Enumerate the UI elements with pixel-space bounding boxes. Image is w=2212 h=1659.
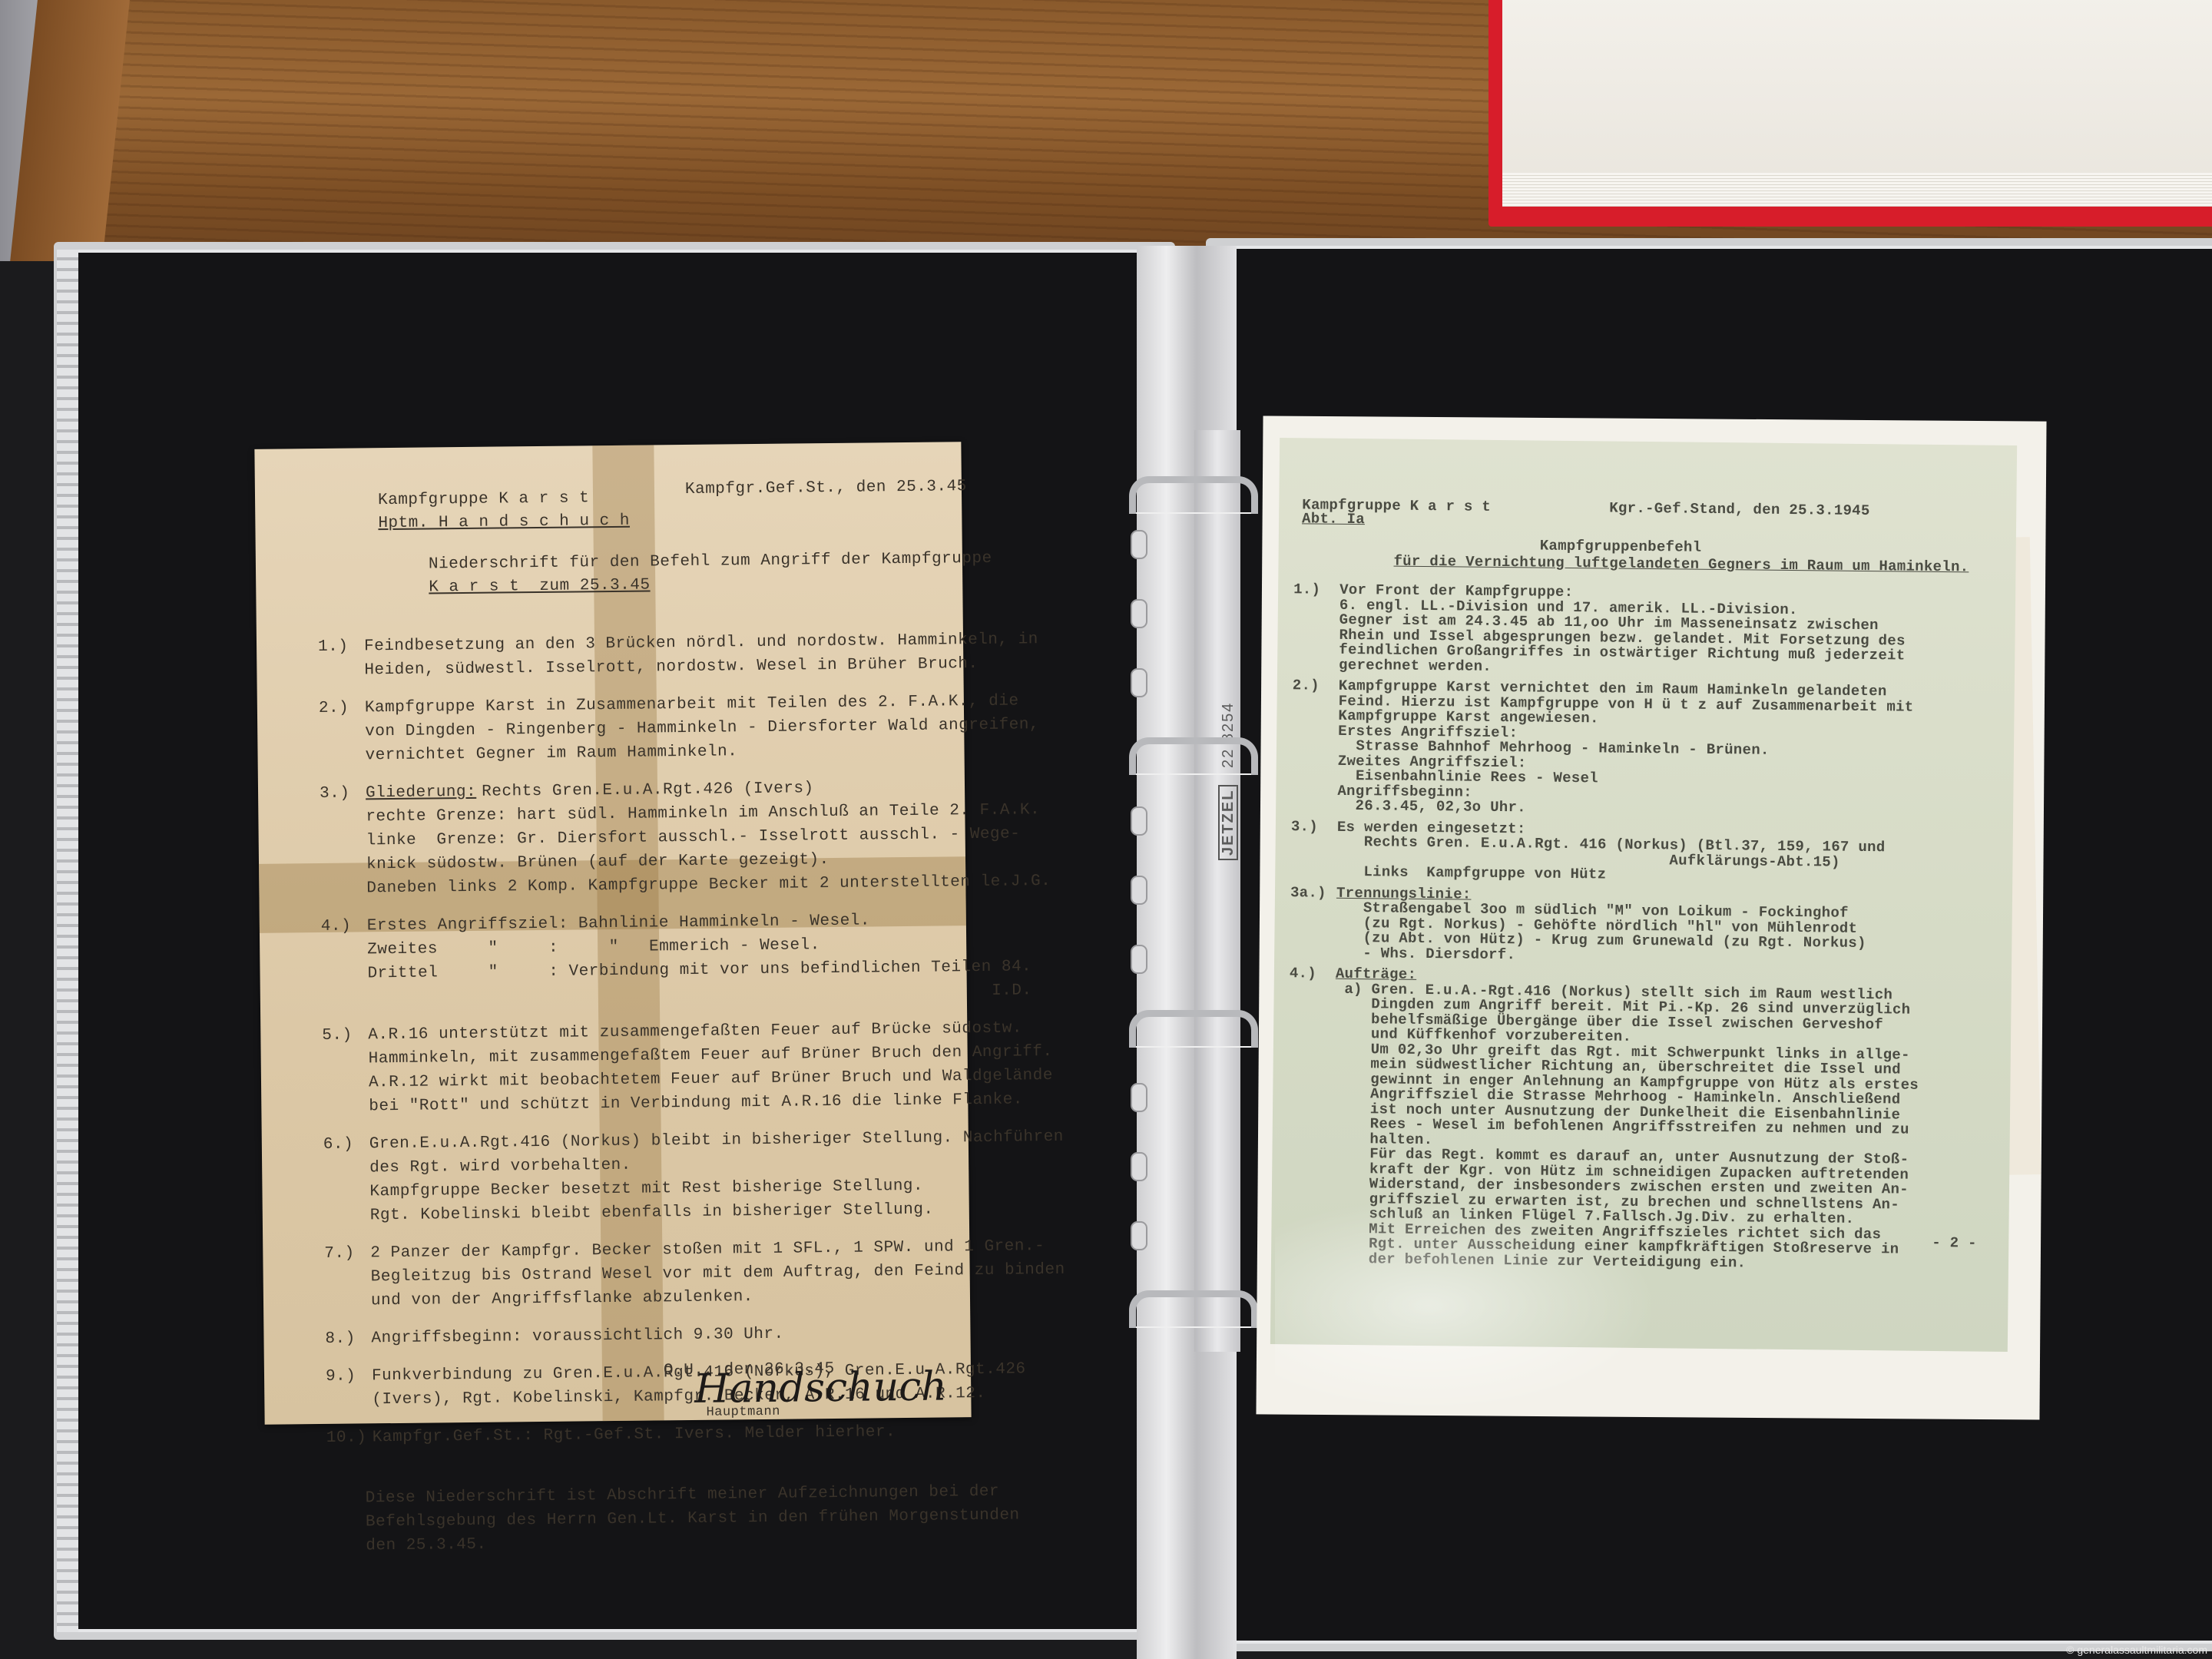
- punch-hole: [1131, 876, 1147, 905]
- item-line: Feindbesetzung an den 3 Brücken nördl. u…: [364, 631, 1038, 654]
- item-line: der befohlenen Linie zur Verteidigung ei…: [1333, 1251, 1746, 1270]
- item-number: 1.): [318, 639, 349, 655]
- item-line: Kampfgruppe Becker besetzt mit Rest bish…: [369, 1178, 923, 1200]
- item-line: Kampfgruppe Karst in Zusammenarbeit mit …: [365, 693, 1019, 716]
- binder-ring-icon[interactable]: [1129, 476, 1258, 514]
- ring-mechanism-plate: [1194, 430, 1240, 1352]
- item-label: Gliederung:: [366, 784, 476, 802]
- item-line: Angriffsbeginn: voraussichtlich 9.30 Uhr…: [371, 1326, 783, 1347]
- spine-brand: JETZEL: [1218, 785, 1238, 860]
- item-number: 3a.): [1290, 886, 1326, 900]
- item-number: 2.): [319, 700, 349, 717]
- item-line: Links Kampfgruppe von Hütz: [1336, 865, 1606, 882]
- left-document: Kampfgruppe K a r s t Hptm. H a n d s c …: [254, 442, 971, 1425]
- item-line: Drittel " : Verbindung mit vor uns befin…: [367, 959, 1031, 982]
- item-line: rechte Grenze: hart südl. Hamminkeln im …: [366, 802, 1040, 825]
- item-line: bei "Rott" und schützt in Verbindung mit…: [369, 1091, 1023, 1114]
- header-officer: Hptm. H a n d s c h u c h: [378, 513, 630, 531]
- item-line: Zweites " : " Emmerich - Wesel.: [367, 937, 820, 958]
- punch-hole: [1131, 806, 1147, 836]
- item-number: 1.): [1293, 582, 1320, 597]
- punch-hole: [1131, 945, 1147, 974]
- item-line: Erstes Angriffsziel: Bahnlinie Hamminkel…: [367, 912, 870, 934]
- binder-ring-icon[interactable]: [1129, 1290, 1258, 1328]
- item-line: Gren.E.u.A.Rgt.416 (Norkus) bleibt in bi…: [369, 1129, 1064, 1152]
- item-line: - Whs. Diersdorf.: [1336, 945, 1515, 962]
- item-number: 6.): [323, 1137, 354, 1153]
- header-unit: Kampfgruppe K a r s t: [378, 490, 589, 508]
- item-line: 26.3.45, 02,3o Uhr.: [1337, 799, 1526, 816]
- item-line: gerechnet werden.: [1339, 657, 1492, 674]
- document-subtitle: K a r s t zum 25.3.45: [429, 577, 650, 595]
- spine-label: JETZEL 22 8254: [1220, 702, 1237, 860]
- red-book: [1488, 0, 2212, 227]
- item-number: 9.): [326, 1369, 356, 1385]
- punch-hole: [1131, 1152, 1147, 1181]
- item-line: I.D.: [368, 982, 1032, 1005]
- header-dept: Abt. Ia: [1302, 512, 1365, 527]
- right-document: Kampfgruppe K a r s t Abt. Ia Kgr.-Gef.S…: [1270, 438, 2017, 1352]
- item-label: Aufträge:: [1336, 967, 1417, 982]
- item-number: 3.): [320, 786, 350, 802]
- sleeve-perforation: [57, 250, 78, 1632]
- closing-line: den 25.3.45.: [366, 1537, 486, 1555]
- document-title: Kampfgruppenbefehl: [1540, 539, 1702, 555]
- item-line: Rechts Gren.E.u.A.Rgt.426 (Ivers): [482, 780, 814, 800]
- punch-hole: [1131, 1083, 1147, 1112]
- item-line: von Dingden - Ringenberg - Hamminkeln - …: [365, 717, 1039, 740]
- document-subtitle: für die Vernichtung luftgelandeten Gegne…: [1393, 555, 1969, 575]
- book-page-edges: [1502, 173, 2212, 207]
- item-line: und von der Angriffsflanke abzulenken.: [371, 1289, 753, 1309]
- item-number: 3.): [1291, 820, 1318, 834]
- document-title: Niederschrift für den Befehl zum Angriff…: [429, 551, 992, 573]
- item-line: Hamminkeln, mit zusammengefaßtem Feuer a…: [369, 1044, 1053, 1067]
- item-line: vernichtet Gegner im Raum Hamminkeln.: [365, 743, 737, 763]
- header-place-date: Kgr.-Gef.Stand, den 25.3.1945: [1609, 502, 1870, 519]
- punch-hole: [1131, 530, 1147, 559]
- item-line: Rgt. Kobelinski bleibt ebenfalls in bish…: [370, 1202, 934, 1224]
- binder-ring-icon[interactable]: [1129, 1010, 1258, 1048]
- header-place-date: Kampfgr.Gef.St., den 25.3.45: [685, 478, 967, 498]
- item-line: A.R.12 wirkt mit beobachtetem Feuer auf …: [369, 1068, 1053, 1091]
- item-line: 2 Panzer der Kampfgr. Becker stoßen mit …: [370, 1238, 1045, 1261]
- item-line: linke Grenze: Gr. Diersfort ausschl.- Is…: [366, 826, 1021, 849]
- punch-hole: [1131, 1221, 1147, 1250]
- item-line: Begleitzug bis Ostrand Wesel vor mit dem…: [371, 1262, 1065, 1285]
- binder-ring-icon[interactable]: [1129, 737, 1258, 775]
- item-number: 4.): [1290, 966, 1316, 981]
- item-number: 4.): [321, 919, 352, 935]
- item-number: 2.): [1293, 678, 1320, 693]
- punch-hole: [1131, 599, 1147, 628]
- item-number: 8.): [325, 1331, 356, 1347]
- item-number: 5.): [322, 1028, 353, 1044]
- rank: Hauptmann: [706, 1406, 780, 1419]
- punch-hole: [1131, 668, 1147, 697]
- item-line: des Rgt. wird vorbehalten.: [369, 1157, 631, 1177]
- item-number: 7.): [324, 1246, 355, 1262]
- watermark: © generalassaultmilitaria.com: [2066, 1644, 2207, 1656]
- item-line: A.R.16 unterstützt mit zusammengefaßten …: [368, 1020, 1022, 1043]
- item-line: Heiden, südwestl. Isselrott, nordostw. W…: [364, 656, 978, 678]
- page-number: - 2 -: [1932, 1236, 1977, 1251]
- item-number: 10.): [326, 1429, 367, 1446]
